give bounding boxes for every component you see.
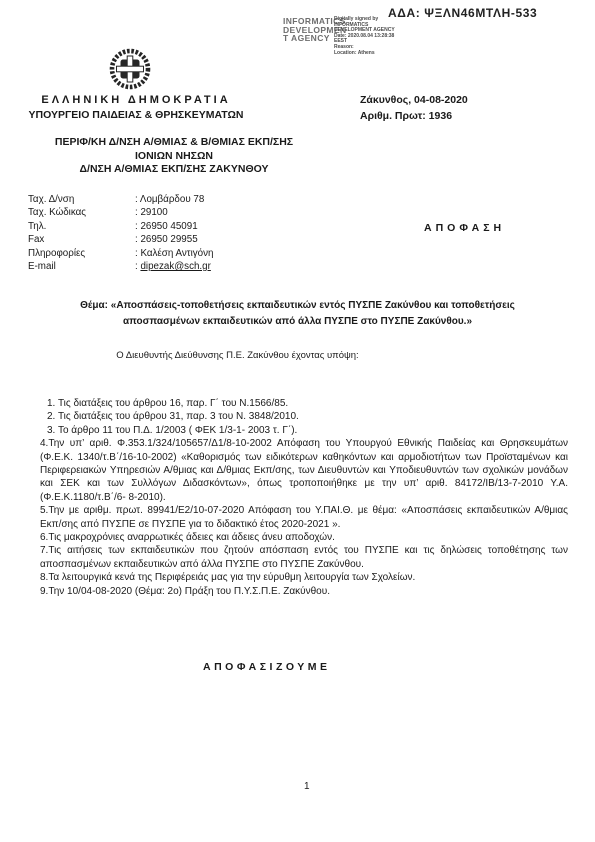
contact-value: : Καλέση Αντιγόνη [135,247,278,260]
contact-label: Ταχ. Κώδικας [28,206,135,219]
contact-label: Fax [28,233,135,246]
considerations-list: 1. Τις διατάξεις του άρθρου 16, παρ. Γ΄ … [40,397,568,598]
consideration-item: 8.Τα λειτουργικά κενά της Περιφέρειάς μα… [40,571,568,584]
contact-label: Πληροφορίες [28,247,135,260]
directorate-line: ΠΕΡΙΦ/ΚΗ Δ/ΝΣΗ Α/ΘΜΙΑΣ & Β/ΘΜΙΑΣ ΕΚΠ/ΣΗΣ [18,136,330,150]
directorate-line: Δ/ΝΣΗ Α/ΘΜΙΑΣ ΕΚΠ/ΣΗΣ ΖΑΚΥΝΘΟΥ [18,163,330,177]
contact-block: Ταχ. Δ/νση : Λομβάρδου 78 Ταχ. Κώδικας :… [28,193,278,273]
contact-value: : Λομβάρδου 78 [135,193,278,206]
contact-label: Τηλ. [28,220,135,233]
consideration-item: 7.Τις αιτήσεις των εκπαιδευτικών που ζητ… [40,544,568,571]
contact-value: : 29100 [135,206,278,219]
stamp-detail-line: Location: Athens [334,51,424,57]
subject-line: αποσπασμένων εκπαιδευτικών από άλλα ΠΥΣΠ… [25,314,570,330]
contact-row-info: Πληροφορίες : Καλέση Αντιγόνη [28,247,278,260]
signature-stamp-details: Digitally signed by INFORMATICS DEVELOPM… [334,17,424,56]
protocol-number: Αριθμ. Πρωτ: 1936 [360,110,452,122]
contact-label: Ταχ. Δ/νση [28,193,135,206]
contact-row-postcode: Ταχ. Κώδικας : 29100 [28,206,278,219]
consideration-item: 6.Τις μακροχρόνιες αναρρωτικές άδειες κα… [40,531,568,544]
contact-value: : 26950 29955 [135,233,278,246]
place-date: Ζάκυνθος, 04-08-2020 [360,94,468,106]
consideration-item: 9.Την 10/04-08-2020 (Θέμα: 2ο) Πράξη του… [40,585,568,598]
subject-line: Θέμα: «Αποσπάσεις-τοποθετήσεις εκπαιδευτ… [25,298,570,314]
decide-heading: ΑΠΟΦΑΣΙΖΟΥΜΕ [203,661,331,673]
ministry-title: ΥΠΟΥΡΓΕΙΟ ΠΑΙΔΕΙΑΣ & ΘΡΗΣΚΕΥΜΑΤΩΝ [0,109,272,121]
contact-value: : dipezak@sch.gr [135,260,278,273]
republic-title: ΕΛΛΗΝΙΚΗ ΔΗΜΟΚΡΑΤΙΑ [0,94,272,106]
consideration-item: 1. Τις διατάξεις του άρθρου 16, παρ. Γ΄ … [40,397,568,410]
contact-row-address: Ταχ. Δ/νση : Λομβάρδου 78 [28,193,278,206]
consideration-item: 3. Το άρθρο 11 του Π.Δ. 1/2003 ( ΦΕΚ 1/3… [40,424,568,437]
document-page: ΑΔΑ: ΨΞΛΝ46ΜΤΛΗ-533 INFORMATICS DEVELOPM… [0,0,595,842]
email-link[interactable]: dipezak@sch.gr [140,261,210,272]
stamp-agency-line: T AGENCY [283,34,341,43]
consideration-item: 2. Τις διατάξεις του άρθρου 31, παρ. 3 τ… [40,410,568,423]
signature-stamp-agency: INFORMATICS DEVELOPMEN T AGENCY [283,17,341,43]
contact-row-email: E-mail : dipezak@sch.gr [28,260,278,273]
contact-row-fax: Fax : 26950 29955 [28,233,278,246]
contact-row-phone: Τηλ. : 26950 45091 [28,220,278,233]
directorate-block: ΠΕΡΙΦ/ΚΗ Δ/ΝΣΗ Α/ΘΜΙΑΣ & Β/ΘΜΙΑΣ ΕΚΠ/ΣΗΣ… [18,136,330,177]
subject-heading: Θέμα: «Αποσπάσεις-τοποθετήσεις εκπαιδευτ… [25,298,570,329]
contact-label: E-mail [28,260,135,273]
directorate-line: ΙΟΝΙΩΝ ΝΗΣΩΝ [18,150,330,164]
page-number: 1 [304,781,310,792]
consideration-item: 5.Την με αριθμ. πρωτ. 89941/Ε2/10-07-202… [40,504,568,531]
contact-value: : 26950 45091 [135,220,278,233]
greek-emblem-icon [107,47,153,91]
intro-line: Ο Διευθυντής Διεύθυνσης Π.Ε. Ζακύνθου έχ… [0,350,475,361]
decision-heading: ΑΠΟΦΑΣΗ [424,222,505,234]
consideration-item: 4.Την υπ’ αριθ. Φ.353.1/324/105657/Δ1/8-… [40,437,568,504]
